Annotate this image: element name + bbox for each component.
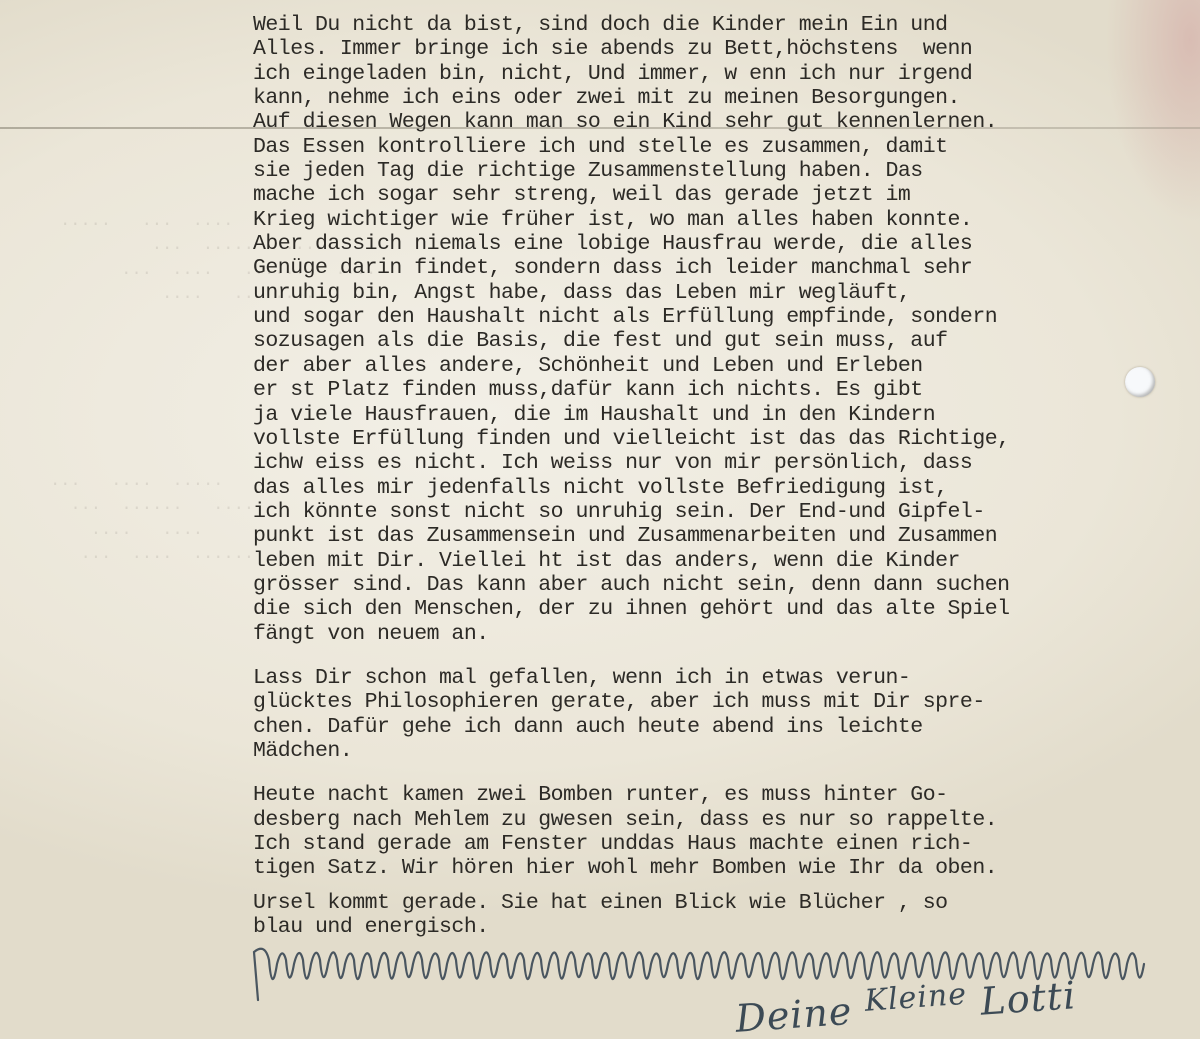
text-line: kann, nehme ich eins oder zwei mit zu me…: [253, 86, 1183, 110]
text-line: chen. Dafür gehe ich dann auch heute abe…: [253, 715, 1183, 739]
text-line: der aber alles andere, Schönheit und Leb…: [253, 354, 1183, 378]
text-line: unruhig bin, Angst habe, dass das Leben …: [253, 281, 1183, 305]
text-line: leben mit Dir. Viellei ht ist das anders…: [253, 549, 1183, 573]
text-line: Auf diesen Wegen kann man so ein Kind se…: [253, 110, 1183, 134]
signature-closing: Deine: [734, 989, 854, 1039]
text-line: tigen Satz. Wir hören hier wohl mehr Bom…: [253, 856, 1183, 880]
bleed-through-text: ..... .... ... .... ...... ... .... ....…: [50, 470, 285, 567]
text-line: glücktes Philosophieren gerate, aber ich…: [253, 690, 1183, 714]
paragraph-1: Weil Du nicht da bist, sind doch die Kin…: [253, 13, 1183, 646]
text-line: punkt ist das Zusammensein und Zusammena…: [253, 524, 1183, 548]
text-line: Heute nacht kamen zwei Bomben runter, es…: [253, 783, 1183, 807]
letter-body: Weil Du nicht da bist, sind doch die Kin…: [253, 13, 1183, 939]
paragraph-3: Heute nacht kamen zwei Bomben runter, es…: [253, 783, 1183, 880]
text-line: Weil Du nicht da bist, sind doch die Kin…: [253, 13, 1183, 37]
text-line: sozusagen als die Basis, die fest und gu…: [253, 329, 1183, 353]
paragraph-2: Lass Dir schon mal gefallen, wenn ich in…: [253, 666, 1183, 763]
text-line: sie jeden Tag die richtige Zusammenstell…: [253, 159, 1183, 183]
signature-name: Lotti: [979, 973, 1078, 1024]
text-line: desberg nach Mehlem zu gwesen sein, dass…: [253, 808, 1183, 832]
text-line: das alles mir jedenfalls nicht vollste B…: [253, 476, 1183, 500]
text-line: Das Essen kontrolliere ich und stelle es…: [253, 135, 1183, 159]
text-line: Genüge darin findet, sondern dass ich le…: [253, 256, 1183, 280]
text-line: er st Platz finden muss,dafür kann ich n…: [253, 378, 1183, 402]
text-line: ja viele Hausfrauen, die im Haushalt und…: [253, 403, 1183, 427]
text-line: Aber dassich niemals eine lobige Hausfra…: [253, 232, 1183, 256]
text-line: die sich den Menschen, der zu ihnen gehö…: [253, 597, 1183, 621]
text-line: Lass Dir schon mal gefallen, wenn ich in…: [253, 666, 1183, 690]
text-line: Ich stand gerade am Fenster unddas Haus …: [253, 832, 1183, 856]
text-line: Mädchen.: [253, 739, 1183, 763]
text-line: fängt von neuem an.: [253, 622, 1183, 646]
text-line: ich eingeladen bin, nicht, Und immer, w …: [253, 62, 1183, 86]
text-line: grösser sind. Das kann aber auch nicht s…: [253, 573, 1183, 597]
signature-inserted: Kleine: [863, 977, 968, 1019]
text-line: ich könnte sonst nicht so unruhig sein. …: [253, 500, 1183, 524]
text-line: Alles. Immer bringe ich sie abends zu Be…: [253, 37, 1183, 61]
text-line: ichw eiss es nicht. Ich weiss nur von mi…: [253, 451, 1183, 475]
text-line: vollste Erfüllung finden und vielleicht …: [253, 427, 1183, 451]
text-line: Krieg wichtiger wie früher ist, wo man a…: [253, 208, 1183, 232]
text-line: und sogar den Haushalt nicht als Erfüllu…: [253, 305, 1183, 329]
text-line: Ursel kommt gerade. Sie hat einen Blick …: [253, 891, 1183, 915]
text-line: mache ich sogar sehr streng, weil das ge…: [253, 183, 1183, 207]
